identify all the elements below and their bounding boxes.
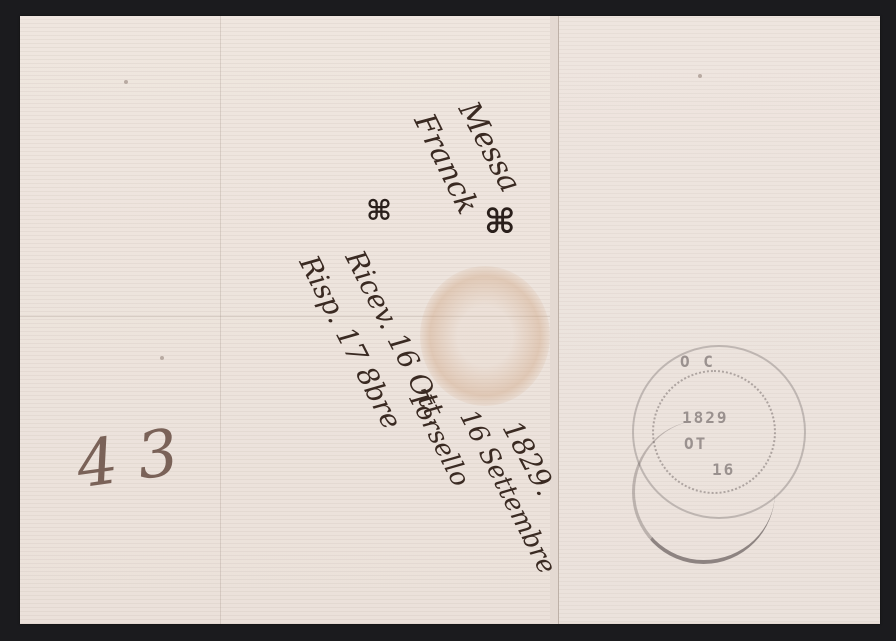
vertical-fold bbox=[220, 16, 221, 624]
postmark-month: OT bbox=[684, 434, 707, 453]
handstamp-mark-right: ⌘ bbox=[484, 202, 516, 242]
postmark-day: 16 bbox=[712, 460, 735, 479]
paper-blemish bbox=[698, 74, 702, 78]
postmark-town: O C bbox=[680, 352, 715, 371]
paper-blemish bbox=[160, 356, 164, 360]
paper-blemish bbox=[124, 80, 128, 84]
manuscript-rate: 4 3 bbox=[72, 416, 183, 503]
postmark-year: 1829 bbox=[682, 408, 729, 427]
handstamp-mark-left: ⌘ bbox=[366, 194, 392, 227]
fold-flap-edge bbox=[550, 16, 559, 624]
